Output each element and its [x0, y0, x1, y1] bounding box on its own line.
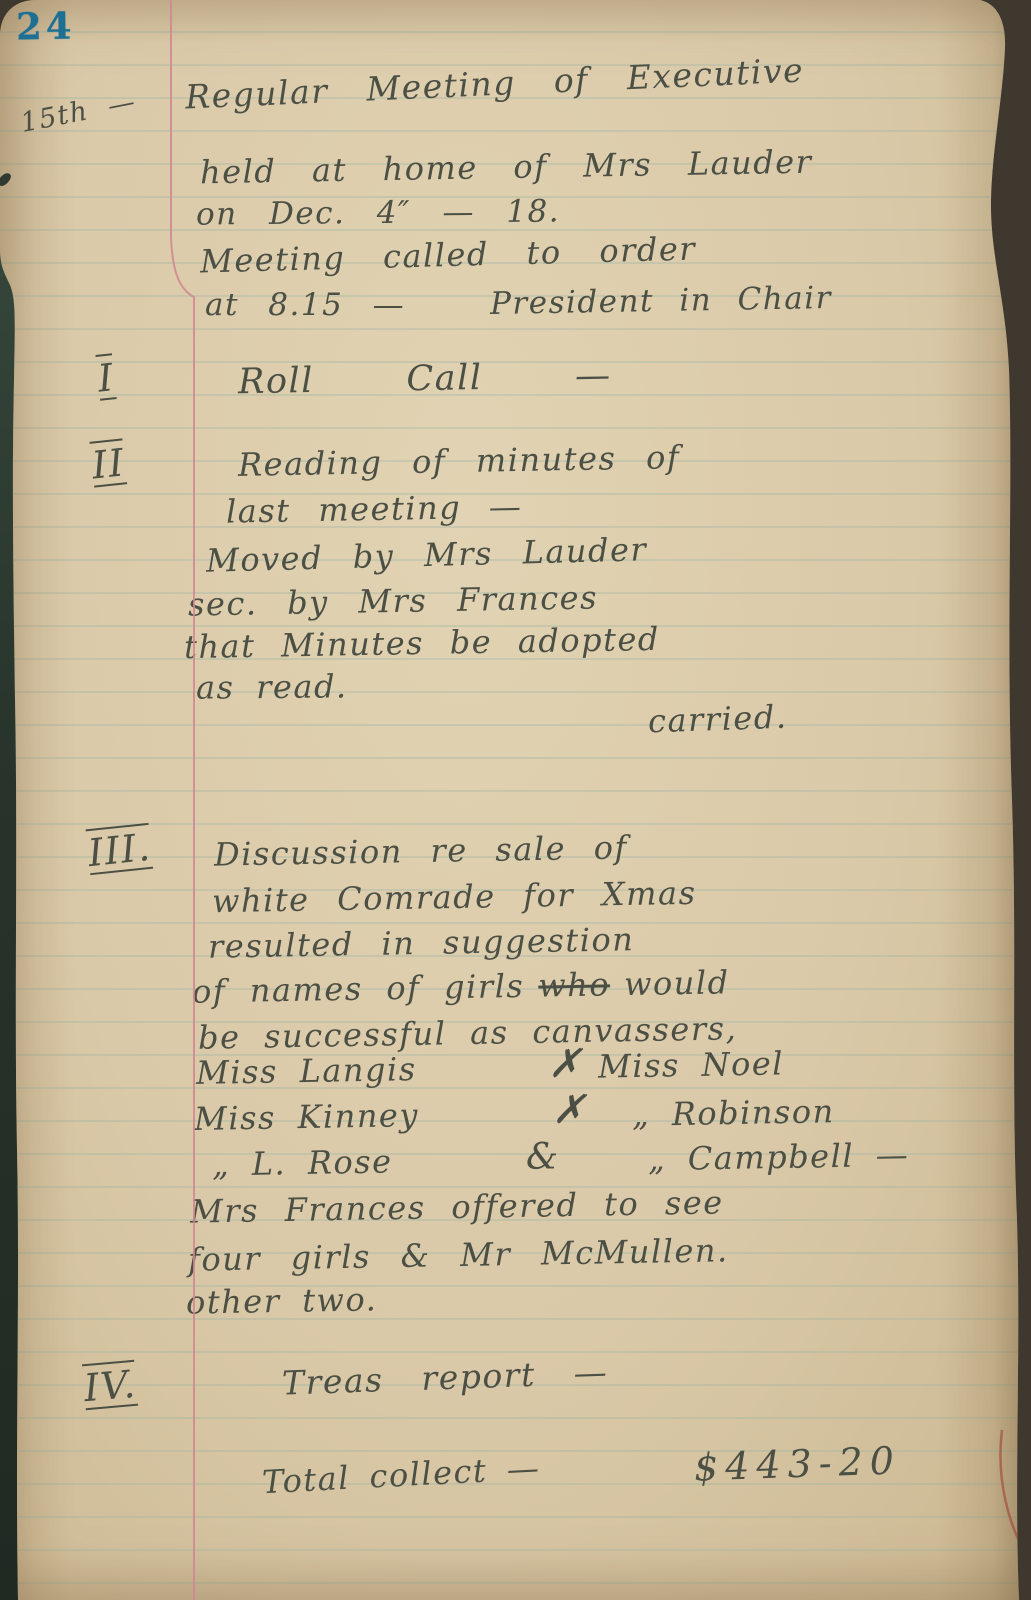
line-prefix: of names of girls [192, 967, 525, 1011]
canvasser-name: „ Campbell — [648, 1138, 910, 1178]
minutes-line: four girls & Mr McMullen. [188, 1233, 729, 1278]
item-numeral-2: II [90, 442, 127, 487]
ink-blot [0, 171, 13, 188]
minutes-line: Total collect — [261, 1451, 541, 1501]
minutes-line: last meeting — [226, 489, 523, 529]
minutes-line: resulted in suggestion [208, 922, 635, 965]
canvasser-name: „ Robinson [632, 1094, 835, 1133]
notebook-page: 24 15th — Regular Meeting of Executive h… [0, 0, 1031, 1600]
margin-line [171, 0, 194, 1600]
minutes-line: other two. [186, 1282, 378, 1321]
heading-line: Regular Meeting of Executive [185, 53, 805, 116]
minutes-line: Reading of minutes of [238, 440, 681, 483]
treasury-amount: $443-20 [693, 1440, 901, 1489]
struck-word: who [538, 965, 610, 1004]
x-mark: ✗ [548, 1042, 583, 1086]
item-numeral-1: I [96, 357, 117, 400]
minutes-line: that Minutes be adopted [184, 622, 660, 665]
minutes-line-with-strikeout: of names of girlswhowould [192, 965, 730, 1010]
item-1-title: Roll Call — [238, 357, 612, 402]
heading-line: at 8.15 — [205, 288, 405, 322]
minutes-line: sec. by Mrs Frances [188, 580, 599, 622]
line-suffix: would [624, 963, 730, 1003]
ampersand-mark: & [526, 1138, 560, 1178]
crease-mark [1000, 1430, 1031, 1562]
heading-line: President in Chair [490, 281, 832, 321]
canvasser-name: Miss Langis [196, 1052, 417, 1091]
item-numeral-4: IV. [82, 1364, 138, 1410]
page-number-stamp: 24 [16, 3, 76, 48]
minutes-line: white Comrade for Xmas [212, 876, 697, 920]
entry-number: 15th — [18, 87, 139, 139]
minutes-line: Discussion re sale of [214, 830, 628, 872]
heading-line: Meeting called to order [200, 232, 697, 280]
minutes-line: Treas report — [281, 1354, 608, 1402]
minutes-line: Moved by Mrs Lauder [206, 532, 648, 579]
canvasser-name: Miss Kinney [194, 1098, 419, 1137]
minutes-line: Mrs Frances offered to see [190, 1185, 724, 1229]
heading-line: held at home of Mrs Lauder [200, 145, 813, 191]
heading-line: on Dec. 4″ — 18. [196, 194, 560, 231]
item-numeral-3: III. [86, 827, 153, 875]
canvasser-name: Miss Noel [598, 1046, 785, 1084]
motion-carried: carried. [647, 700, 788, 740]
canvasser-name: „ L. Rose [212, 1144, 393, 1182]
minutes-line: as read. [196, 669, 348, 706]
x-mark: ✗ [552, 1088, 587, 1132]
scanned-minutes-page: 24 15th — Regular Meeting of Executive h… [0, 0, 1031, 1600]
